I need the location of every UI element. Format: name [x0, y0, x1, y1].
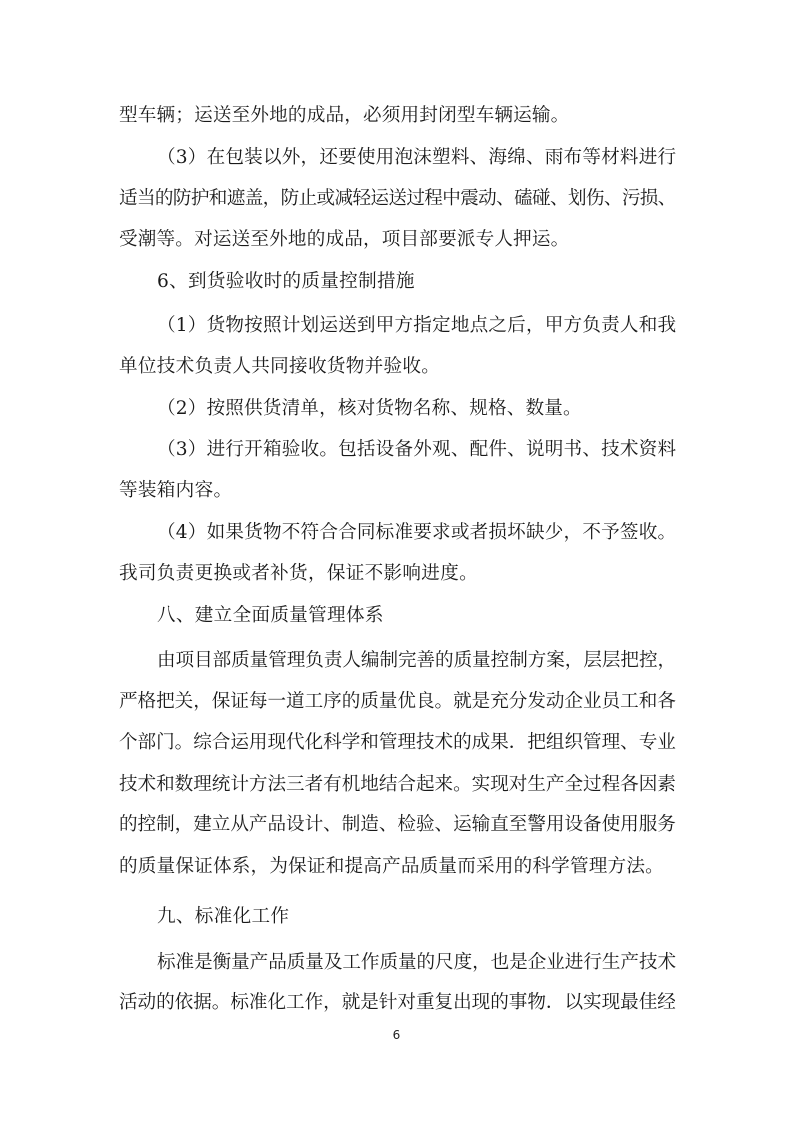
- document-page: 型车辆；运送至外地的成品，必须用封闭型车辆运输。（3）在包装以外，还要使用泡沫塑…: [0, 0, 793, 1122]
- text-line: 单位技术负责人共同接收货物并验收。: [119, 355, 679, 379]
- text-line: 受潮等。对运送至外地的成品，项目部要派专人押运。: [119, 228, 679, 252]
- page-number: 6: [0, 1028, 793, 1042]
- text-line: 个部门。综合运用现代化科学和管理技术的成果．把组织管理、专业: [119, 731, 679, 755]
- text-line: 技术和数理统计方法三者有机地结合起来。实现对生产全过程各因素: [119, 773, 679, 797]
- text-line: 八、建立全面质量管理体系: [157, 604, 679, 628]
- text-line: 活动的依据。标准化工作，就是针对重复出现的事物．以实现最佳经: [119, 991, 679, 1015]
- text-line: 适当的防护和遮盖，防止或减轻运送过程中震动、磕碰、划伤、污损、: [119, 187, 679, 211]
- text-line: （4）如果货物不符合合同标准要求或者损坏缺少，不予签收。: [157, 521, 679, 545]
- text-line: （2）按照供货清单，核对货物名称、规格、数量。: [157, 397, 679, 421]
- text-line: 的控制，建立从产品设计、制造、检验、运输直至警用设备使用服务: [119, 813, 679, 837]
- text-line: 等装箱内容。: [119, 479, 679, 503]
- text-line: 九、标准化工作: [157, 905, 679, 929]
- text-line: 由项目部质量管理负责人编制完善的质量控制方案，层层把控，: [157, 649, 679, 673]
- text-line: 6、到货验收时的质量控制措施: [157, 270, 679, 294]
- text-line: 严格把关，保证每一道工序的质量优良。就是充分发动企业员工和各: [119, 690, 679, 714]
- text-line: （3）在包装以外，还要使用泡沫塑料、海绵、雨布等材料进行: [157, 146, 679, 170]
- text-line: （1）货物按照计划运送到甲方指定地点之后，甲方负责人和我: [157, 314, 679, 338]
- text-line: 我司负责更换或者补货，保证不影响进度。: [119, 562, 679, 586]
- text-line: 标准是衡量产品质量及工作质量的尺度，也是企业进行生产技术: [157, 951, 679, 975]
- text-line: 的质量保证体系，为保证和提高产品质量而采用的科学管理方法。: [119, 855, 679, 879]
- text-line: 型车辆；运送至外地的成品，必须用封闭型车辆运输。: [119, 104, 679, 128]
- text-line: （3）进行开箱验收。包括设备外观、配件、说明书、技术资料: [157, 438, 679, 462]
